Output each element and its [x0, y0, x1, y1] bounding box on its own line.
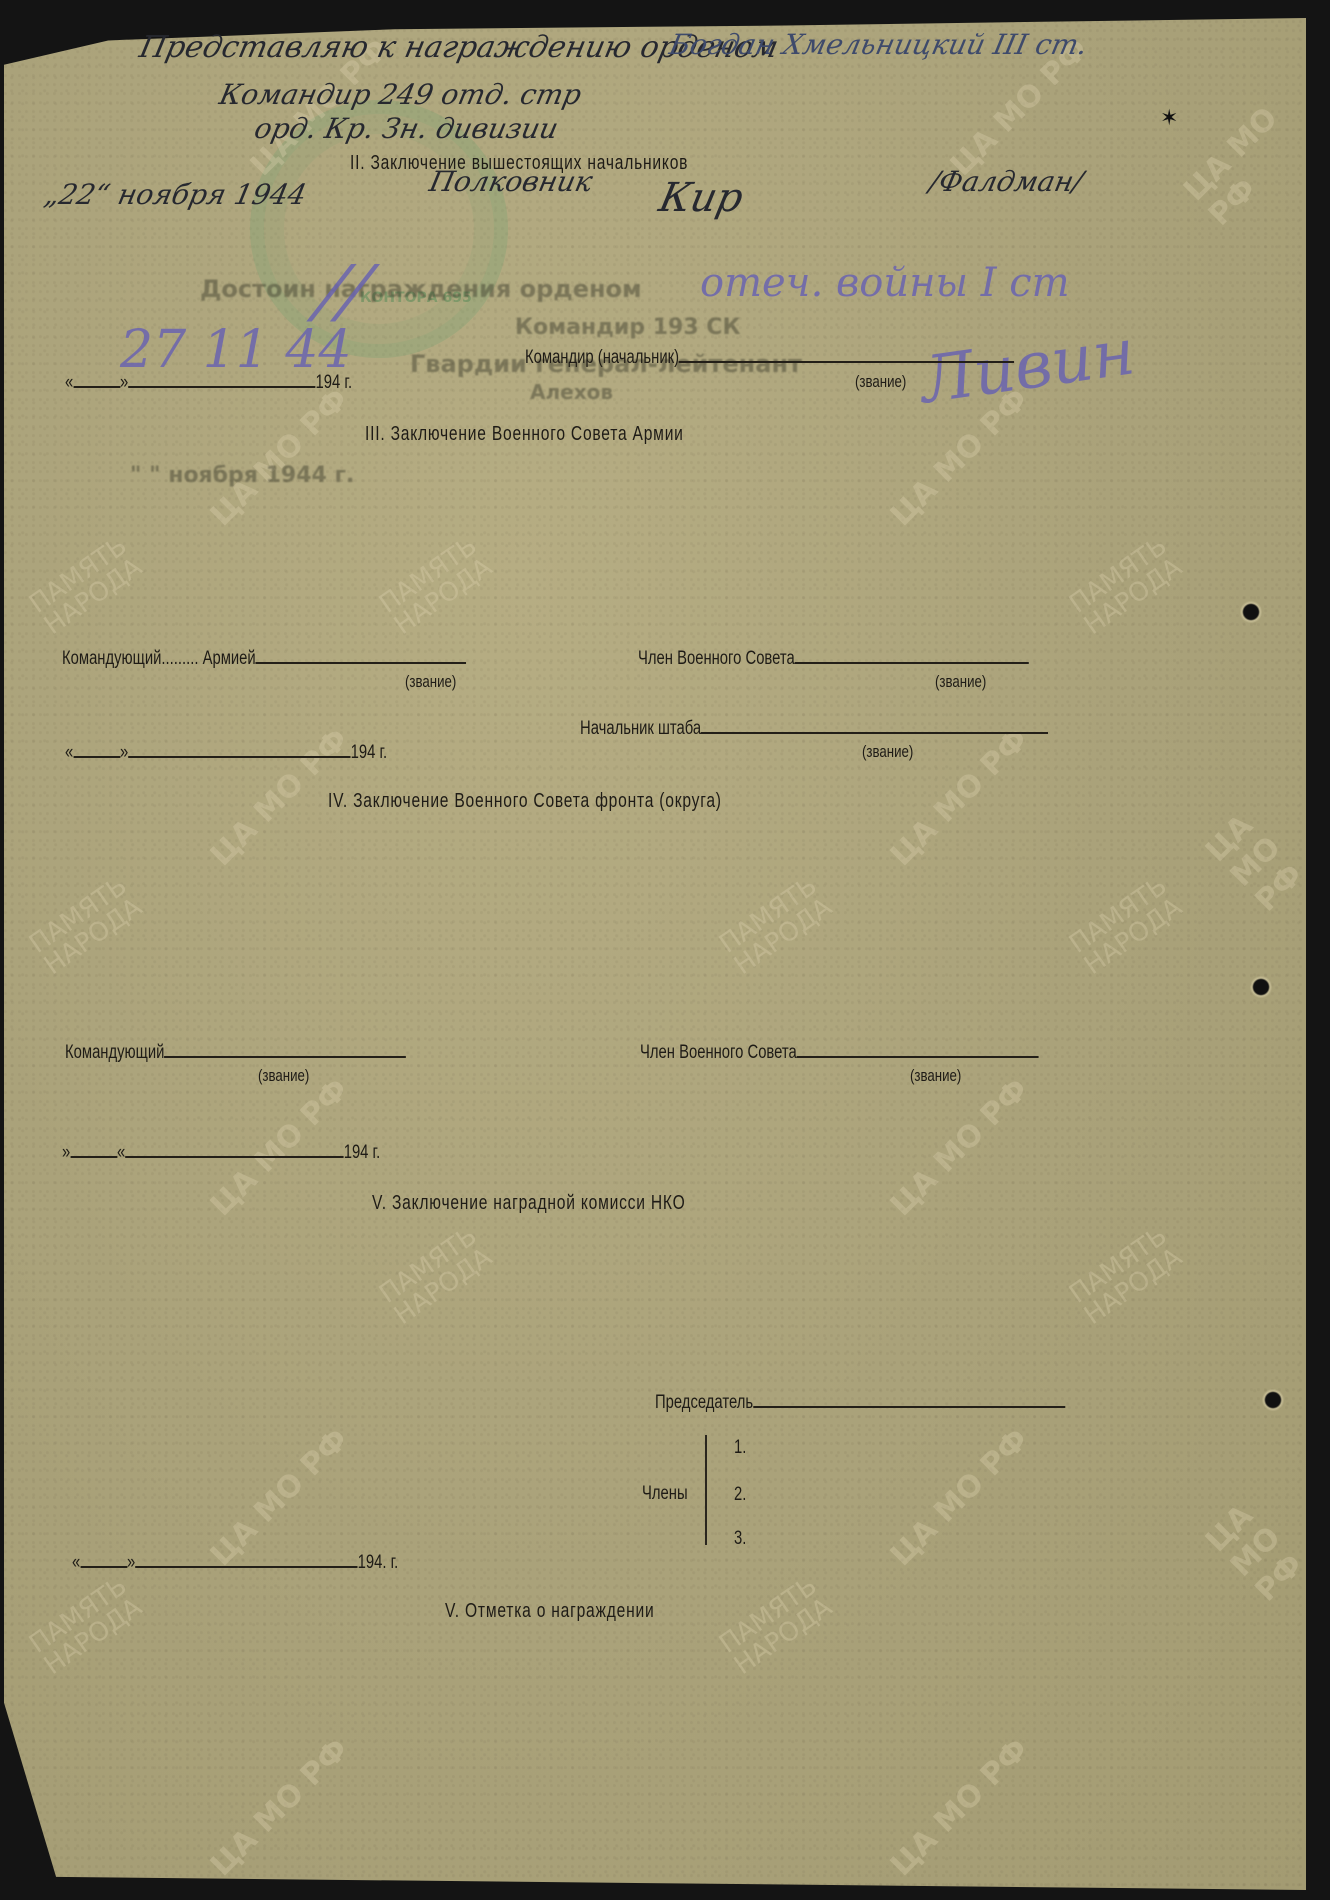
section3-date-line: «»194 г. [65, 742, 387, 764]
rank-hint: (звание) [910, 1066, 961, 1086]
member-number-3: 3. [734, 1528, 746, 1550]
section6-title: V. Отметка о награждении [445, 1600, 654, 1623]
rank-hint: (звание) [862, 742, 913, 762]
ghost-stamp-line4: Алехов [530, 380, 613, 404]
punch-hole [1262, 1388, 1284, 1412]
rank-hint: (звание) [405, 672, 456, 692]
section2-date-line: «»194 г. [65, 372, 352, 394]
commander-label: Командир (начальник) [525, 347, 1014, 369]
section4-title: IV. Заключение Военного Совета фронта (о… [328, 790, 722, 813]
section5-title: V. Заключение наградной комисси НКО [372, 1192, 685, 1215]
members-label: Члены [642, 1483, 688, 1505]
handwritten-commander-line2: орд. Кр. Зн. дивизии [251, 112, 561, 145]
section3-title: III. Заключение Военного Совета Армии [365, 423, 684, 446]
front-commander-label: Командующий [65, 1042, 406, 1064]
ghost-stamp-line2: Командир 193 СК [515, 315, 740, 340]
section5-date-line: «»194. г. [72, 1552, 398, 1574]
violet-award-note: отеч. войны I ст [700, 260, 1070, 306]
handwritten-date: „22“ ноября 1944 [41, 178, 309, 211]
council-member-label: Член Военного Совета [638, 648, 1029, 670]
members-bracket [705, 1435, 707, 1545]
punch-hole [1240, 600, 1262, 624]
rank-hint: (звание) [855, 372, 906, 392]
ghost-stamp-date: " " ноября 1944 г. [130, 463, 354, 488]
handwritten-order-name: Богдан Хмельницкий III ст. [666, 28, 1090, 61]
chairman-label: Председатель [655, 1392, 1065, 1414]
handwritten-name: /Фалдман/ [926, 165, 1086, 198]
handwritten-rank: Полковник [426, 165, 595, 198]
punch-hole [1250, 975, 1272, 999]
violet-date: 27 11 44 [120, 320, 352, 380]
front-council-member-label: Член Военного Совета [640, 1042, 1039, 1064]
rank-hint: (звание) [935, 672, 986, 692]
member-number-2: 2. [734, 1484, 746, 1506]
handwritten-signature: Кир [655, 175, 747, 221]
member-number-1: 1. [734, 1437, 746, 1459]
handwritten-commander-line1: Командир 249 отд. стр [216, 78, 584, 111]
rank-hint: (звание) [258, 1066, 309, 1086]
chief-of-staff-label: Начальник штаба [580, 718, 1048, 740]
ink-blot: ✶ [1160, 105, 1178, 131]
army-commander-label: Командующий......... Армией [62, 648, 466, 670]
ghost-stamp-line1: Достоин награждения орденом [200, 275, 642, 303]
section4-date-line: »«194 г. [62, 1142, 380, 1164]
